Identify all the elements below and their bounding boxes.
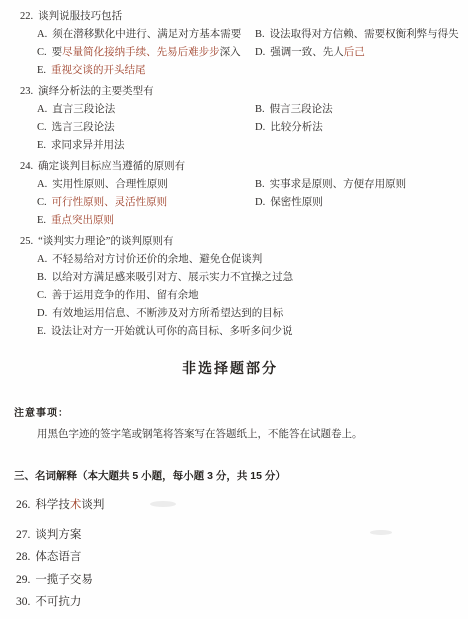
option-label: E. (37, 215, 46, 226)
question-stem-text: “谈判实力理论”的谈判原则有 (38, 236, 173, 247)
option-row: C.善于运用竞争的作用、留有余地 (37, 287, 464, 305)
option-B: B.假言三段论法 (255, 101, 333, 119)
option-label: D. (255, 197, 265, 208)
option-row: C.可行性原则、灵活性原则D.保密性原则 (37, 194, 464, 212)
term-text: 谈判 (81, 499, 104, 511)
option-label: C. (37, 197, 47, 208)
option-text: 以给对方满足感来吸引对方、展示实力不宜操之过急 (52, 272, 294, 283)
option-text: 不轻易给对方讨价还价的余地、避免仓促谈判 (52, 254, 262, 265)
option-label: C. (37, 47, 47, 58)
term-text: 谈判方案 (35, 529, 81, 541)
scan-smudge (370, 530, 392, 535)
term-item-27: 27.谈判方案 (16, 527, 464, 543)
section-three-title: 三、名词解释（本大题共 5 小题，每小题 3 分，共 15 分） (14, 468, 464, 484)
option-row: A.实用性原则、合理性原则B.实事求是原则、方便存用原则 (37, 176, 464, 194)
option-text: 设法让对方一开始就认可你的高目标、多听多问少说 (51, 326, 293, 337)
option-text: 要 (52, 47, 63, 58)
option-label: A. (37, 254, 47, 265)
option-red-text: 尽量简化接纳手续、先易后难步步 (62, 47, 220, 58)
option-text: 选言三段论法 (52, 122, 115, 133)
option-E: E.求同求异并用法 (37, 137, 125, 155)
term-item-28: 28.体态语言 (16, 549, 464, 565)
term-item-26: 26.科学技术谈判 (16, 497, 464, 513)
term-number: 30. (16, 596, 30, 608)
option-E: E.设法让对方一开始就认可你的高目标、多听多问少说 (37, 323, 293, 341)
option-D: D.比较分析法 (255, 119, 323, 137)
option-A: A.实用性原则、合理性原则 (37, 176, 255, 194)
option-C: C.善于运用竞争的作用、留有余地 (37, 287, 199, 305)
option-text: 有效地运用信息、不断涉及对方所希望达到的目标 (52, 308, 283, 319)
term-item-29: 29.一揽子交易 (16, 572, 464, 588)
option-label: A. (37, 179, 47, 190)
question-number: 23. (20, 86, 33, 97)
option-row: E.求同求异并用法 (37, 137, 464, 155)
option-row: A.直言三段论法B.假言三段论法 (37, 101, 464, 119)
option-label: D. (255, 47, 265, 58)
option-text: 设法取得对方信赖、需要权衡利弊与得失 (270, 29, 459, 40)
option-B: B.以给对方满足感来吸引对方、展示实力不宜操之过急 (37, 269, 293, 287)
option-text: 实用性原则、合理性原则 (52, 179, 168, 190)
option-red-text: 重点突出原则 (51, 215, 114, 226)
option-label: B. (255, 29, 265, 40)
option-D: D.强调一致、先人后己 (255, 44, 365, 62)
scan-smudge (150, 501, 176, 507)
option-label: E. (37, 326, 46, 337)
question-24: 24.确定谈判目标应当遵循的原则有A.实用性原则、合理性原则B.实事求是原则、方… (20, 158, 464, 230)
option-label: B. (255, 104, 265, 115)
option-label: E. (37, 65, 46, 76)
option-text: 善于运用竞争的作用、留有余地 (52, 290, 199, 301)
question-23: 23.演绎分析法的主要类型有A.直言三段论法B.假言三段论法C.选言三段论法D.… (20, 83, 464, 155)
option-text: 求同求异并用法 (51, 140, 125, 151)
option-label: D. (255, 122, 265, 133)
option-E: E.重点突出原则 (37, 212, 114, 230)
notes-title: 注意事项： (14, 404, 464, 419)
question-stem-row: 24.确定谈判目标应当遵循的原则有 (20, 158, 464, 176)
option-text: 假言三段论法 (270, 104, 333, 115)
question-stem-text: 确定谈判目标应当遵循的原则有 (38, 161, 185, 172)
question-number: 22. (20, 11, 33, 22)
question-stem-row: 23.演绎分析法的主要类型有 (20, 83, 464, 101)
term-text: 科学技 (35, 499, 70, 511)
option-row: D.有效地运用信息、不断涉及对方所希望达到的目标 (37, 305, 464, 323)
option-row: C.选言三段论法D.比较分析法 (37, 119, 464, 137)
question-22: 22.谈判说服技巧包括A.须在潜移默化中进行、满足对方基本需要B.设法取得对方信… (20, 8, 464, 80)
question-stem-row: 25.“谈判实力理论”的谈判原则有 (20, 233, 464, 251)
term-text: 一揽子交易 (35, 574, 93, 586)
option-text: 须在潜移默化中进行、满足对方基本需要 (52, 29, 241, 40)
term-text: 体态语言 (35, 551, 81, 563)
option-D: D.保密性原则 (255, 194, 323, 212)
option-row: A.须在潜移默化中进行、满足对方基本需要B.设法取得对方信赖、需要权衡利弊与得失 (37, 26, 464, 44)
section-heading: 非选择题部分 (14, 358, 446, 378)
term-number: 27. (16, 529, 30, 541)
notes-body: 用黑色字迹的签字笔或钢笔将答案写在答题纸上，不能答在试题卷上。 (37, 426, 464, 441)
option-text: 直言三段论法 (52, 104, 115, 115)
option-text: 实事求是原则、方便存用原则 (270, 179, 407, 190)
option-A: A.直言三段论法 (37, 101, 255, 119)
option-C: C.选言三段论法 (37, 119, 255, 137)
option-row: C.要尽量简化接纳手续、先易后难步步深入D.强调一致、先人后己 (37, 44, 464, 62)
question-stem-text: 谈判说服技巧包括 (38, 11, 122, 22)
term-text: 不可抗力 (35, 596, 81, 608)
question-stem-row: 22.谈判说服技巧包括 (20, 8, 464, 26)
question-stem-text: 演绎分析法的主要类型有 (38, 86, 154, 97)
option-red-text: 可行性原则、灵活性原则 (52, 197, 168, 208)
option-red-text: 重视交谈的开头结尾 (51, 65, 146, 76)
option-D: D.有效地运用信息、不断涉及对方所希望达到的目标 (37, 305, 283, 323)
option-label: B. (255, 179, 265, 190)
option-text: 保密性原则 (270, 197, 323, 208)
option-label: D. (37, 308, 47, 319)
multiple-choice-questions: 22.谈判说服技巧包括A.须在潜移默化中进行、满足对方基本需要B.设法取得对方信… (14, 8, 464, 341)
option-A: A.不轻易给对方讨价还价的余地、避免仓促谈判 (37, 251, 262, 269)
option-C: C.可行性原则、灵活性原则 (37, 194, 255, 212)
question-number: 25. (20, 236, 33, 247)
option-label: E. (37, 140, 46, 151)
option-label: A. (37, 29, 47, 40)
option-row: B.以给对方满足感来吸引对方、展示实力不宜操之过急 (37, 269, 464, 287)
option-E: E.重视交谈的开头结尾 (37, 62, 146, 80)
term-list: 26.科学技术谈判27.谈判方案28.体态语言29.一揽子交易30.不可抗力 (14, 497, 464, 610)
option-label: A. (37, 104, 47, 115)
option-B: B.设法取得对方信赖、需要权衡利弊与得失 (255, 26, 459, 44)
option-row: E.重点突出原则 (37, 212, 464, 230)
option-label: C. (37, 122, 47, 133)
term-number: 29. (16, 574, 30, 586)
option-text: 深入 (220, 47, 241, 58)
option-label: B. (37, 272, 47, 283)
option-label: C. (37, 290, 47, 301)
exam-page: 22.谈判说服技巧包括A.须在潜移默化中进行、满足对方基本需要B.设法取得对方信… (0, 0, 468, 619)
term-number: 26. (16, 499, 30, 511)
term-number: 28. (16, 551, 30, 563)
term-item-30: 30.不可抗力 (16, 594, 464, 610)
question-25: 25.“谈判实力理论”的谈判原则有A.不轻易给对方讨价还价的余地、避免仓促谈判B… (20, 233, 464, 341)
option-C: C.要尽量简化接纳手续、先易后难步步深入 (37, 44, 255, 62)
option-B: B.实事求是原则、方便存用原则 (255, 176, 406, 194)
option-red-text: 后己 (344, 47, 365, 58)
notes-block: 注意事项： 用黑色字迹的签字笔或钢笔将答案写在答题纸上，不能答在试题卷上。 (14, 404, 464, 441)
question-number: 24. (20, 161, 33, 172)
option-row: A.不轻易给对方讨价还价的余地、避免仓促谈判 (37, 251, 464, 269)
term-red-text: 术 (70, 499, 82, 511)
option-row: E.设法让对方一开始就认可你的高目标、多听多问少说 (37, 323, 464, 341)
option-A: A.须在潜移默化中进行、满足对方基本需要 (37, 26, 255, 44)
option-text: 强调一致、先人 (270, 47, 344, 58)
option-text: 比较分析法 (270, 122, 323, 133)
option-row: E.重视交谈的开头结尾 (37, 62, 464, 80)
